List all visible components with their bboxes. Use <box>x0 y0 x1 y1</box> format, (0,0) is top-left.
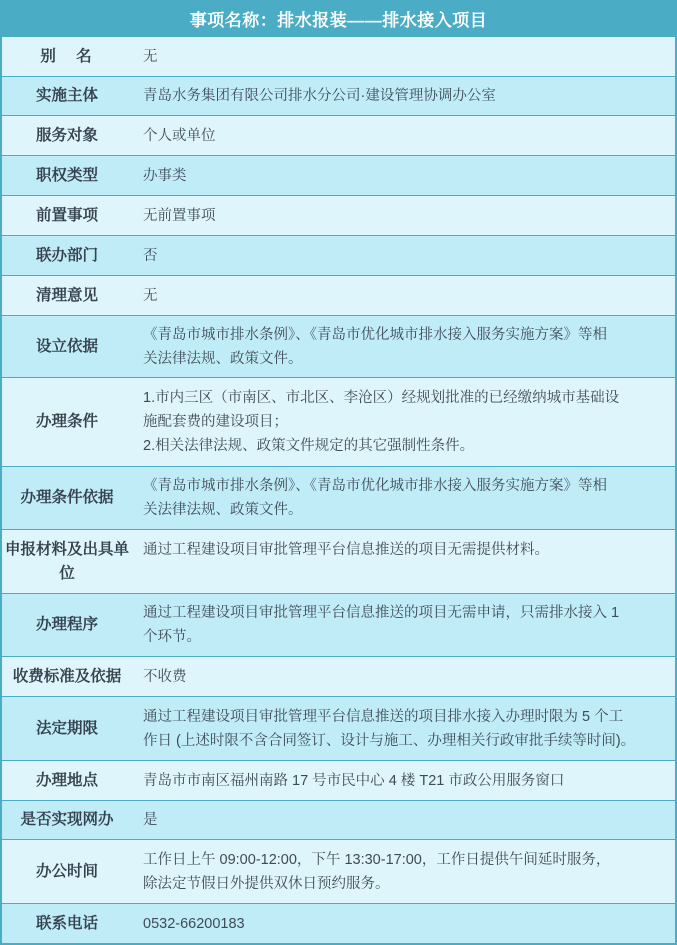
value-implementing-body: 青岛水务集团有限公司排水分公司·建设管理协调办公室 <box>132 77 675 115</box>
label-statutory-period: 法定期限 <box>2 697 132 760</box>
row-fees: 收费标准及依据 不收费 <box>2 656 675 696</box>
row-joint-departments: 联办部门 否 <box>2 235 675 275</box>
row-conditions: 办理条件 1.市内三区（市南区、市北区、李沧区）经规划批准的已经缴纳城市基础设施… <box>2 377 675 466</box>
row-contact-phone: 联系电话 0532-66200183 <box>2 903 675 943</box>
label-conditions-basis: 办理条件依据 <box>2 467 132 529</box>
label-location: 办理地点 <box>2 761 132 800</box>
label-joint-departments: 联办部门 <box>2 236 132 275</box>
row-location: 办理地点 青岛市市南区福州南路 17 号市民中心 4 楼 T21 市政公用服务窗… <box>2 760 675 800</box>
label-fees: 收费标准及依据 <box>2 657 132 696</box>
value-application-materials: 通过工程建设项目审批管理平台信息推送的项目无需提供材料。 <box>132 530 675 593</box>
row-alias: 别 名 无 <box>2 36 675 76</box>
value-prerequisites: 无前置事项 <box>132 196 675 235</box>
label-implementing-body: 实施主体 <box>2 77 132 115</box>
label-procedure: 办理程序 <box>2 594 132 656</box>
label-legal-basis: 设立依据 <box>2 316 132 377</box>
row-statutory-period: 法定期限 通过工程建设项目审批管理平台信息推送的项目排水接入办理时限为 5 个工… <box>2 696 675 760</box>
row-application-materials: 申报材料及出具单位 通过工程建设项目审批管理平台信息推送的项目无需提供材料。 <box>2 529 675 593</box>
value-authority-type: 办事类 <box>132 156 675 195</box>
value-procedure: 通过工程建设项目审批管理平台信息推送的项目无需申请，只需排水接入 1个环节。 <box>132 594 675 656</box>
value-office-hours: 工作日上午 09:00-12:00，下午 13:30-17:00，工作日提供午间… <box>132 840 675 903</box>
row-office-hours: 办公时间 工作日上午 09:00-12:00，下午 13:30-17:00，工作… <box>2 839 675 903</box>
value-location: 青岛市市南区福州南路 17 号市民中心 4 楼 T21 市政公用服务窗口 <box>132 761 675 800</box>
value-alias: 无 <box>132 37 675 76</box>
label-contact-phone: 联系电话 <box>2 904 132 943</box>
label-prerequisites: 前置事项 <box>2 196 132 235</box>
label-review-opinion: 清理意见 <box>2 276 132 315</box>
row-legal-basis: 设立依据 《青岛市城市排水条例》、《青岛市优化城市排水接入服务实施方案》等相关法… <box>2 315 675 377</box>
label-service-target: 服务对象 <box>2 116 132 155</box>
row-online-service: 是否实现网办 是 <box>2 800 675 839</box>
row-review-opinion: 清理意见 无 <box>2 275 675 315</box>
value-joint-departments: 否 <box>132 236 675 275</box>
service-item-table: 事项名称：排水报装——排水接入项目 别 名 无 实施主体 青岛水务集团有限公司排… <box>0 0 677 945</box>
label-alias: 别 名 <box>2 37 132 76</box>
value-contact-phone: 0532-66200183 <box>132 904 675 943</box>
value-conditions-basis: 《青岛市城市排水条例》、《青岛市优化城市排水接入服务实施方案》等相关法律法规、政… <box>132 467 675 529</box>
row-conditions-basis: 办理条件依据 《青岛市城市排水条例》、《青岛市优化城市排水接入服务实施方案》等相… <box>2 466 675 529</box>
row-prerequisites: 前置事项 无前置事项 <box>2 195 675 235</box>
label-online-service: 是否实现网办 <box>2 801 132 839</box>
value-online-service: 是 <box>132 801 675 839</box>
table-header-title: 事项名称：排水报装——排水接入项目 <box>2 0 675 36</box>
label-authority-type: 职权类型 <box>2 156 132 195</box>
value-review-opinion: 无 <box>132 276 675 315</box>
value-fees: 不收费 <box>132 657 675 696</box>
row-procedure: 办理程序 通过工程建设项目审批管理平台信息推送的项目无需申请，只需排水接入 1个… <box>2 593 675 656</box>
row-service-target: 服务对象 个人或单位 <box>2 115 675 155</box>
value-statutory-period: 通过工程建设项目审批管理平台信息推送的项目排水接入办理时限为 5 个工作日 (上… <box>132 697 675 760</box>
label-application-materials: 申报材料及出具单位 <box>2 530 132 593</box>
value-service-target: 个人或单位 <box>132 116 675 155</box>
value-conditions: 1.市内三区（市南区、市北区、李沧区）经规划批准的已经缴纳城市基础设施配套费的建… <box>132 378 675 466</box>
value-legal-basis: 《青岛市城市排水条例》、《青岛市优化城市排水接入服务实施方案》等相关法律法规、政… <box>132 316 675 377</box>
row-implementing-body: 实施主体 青岛水务集团有限公司排水分公司·建设管理协调办公室 <box>2 76 675 115</box>
label-office-hours: 办公时间 <box>2 840 132 903</box>
label-conditions: 办理条件 <box>2 378 132 466</box>
row-authority-type: 职权类型 办事类 <box>2 155 675 195</box>
